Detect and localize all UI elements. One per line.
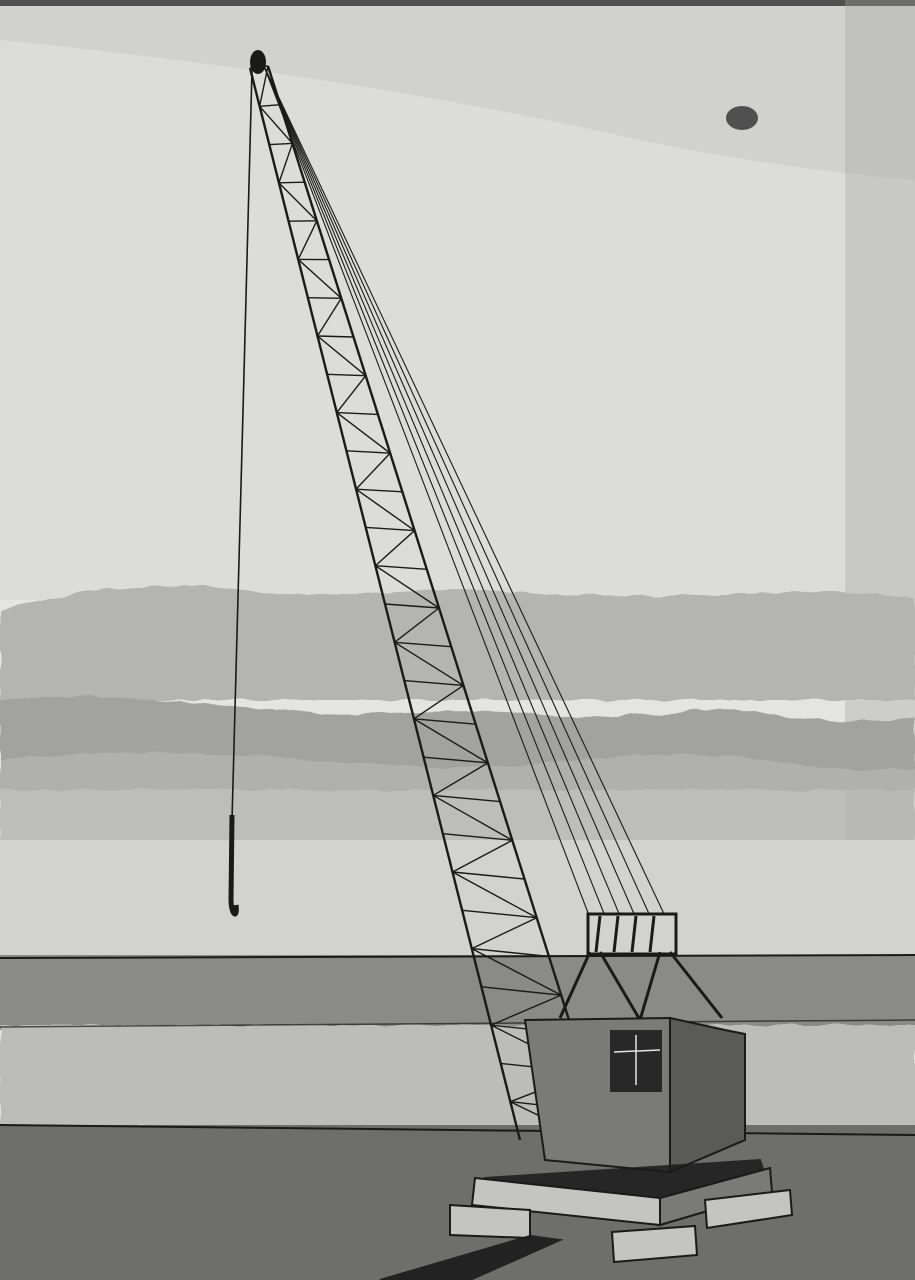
- water-band: [0, 955, 915, 1030]
- ink-blot: [726, 106, 758, 130]
- crane-etching: [0, 0, 915, 1280]
- hills-far: [0, 586, 915, 700]
- quay-wall: [0, 1025, 915, 1135]
- top-edge: [0, 0, 915, 6]
- foreground-light: [0, 840, 915, 960]
- crane-cab: [525, 1018, 745, 1172]
